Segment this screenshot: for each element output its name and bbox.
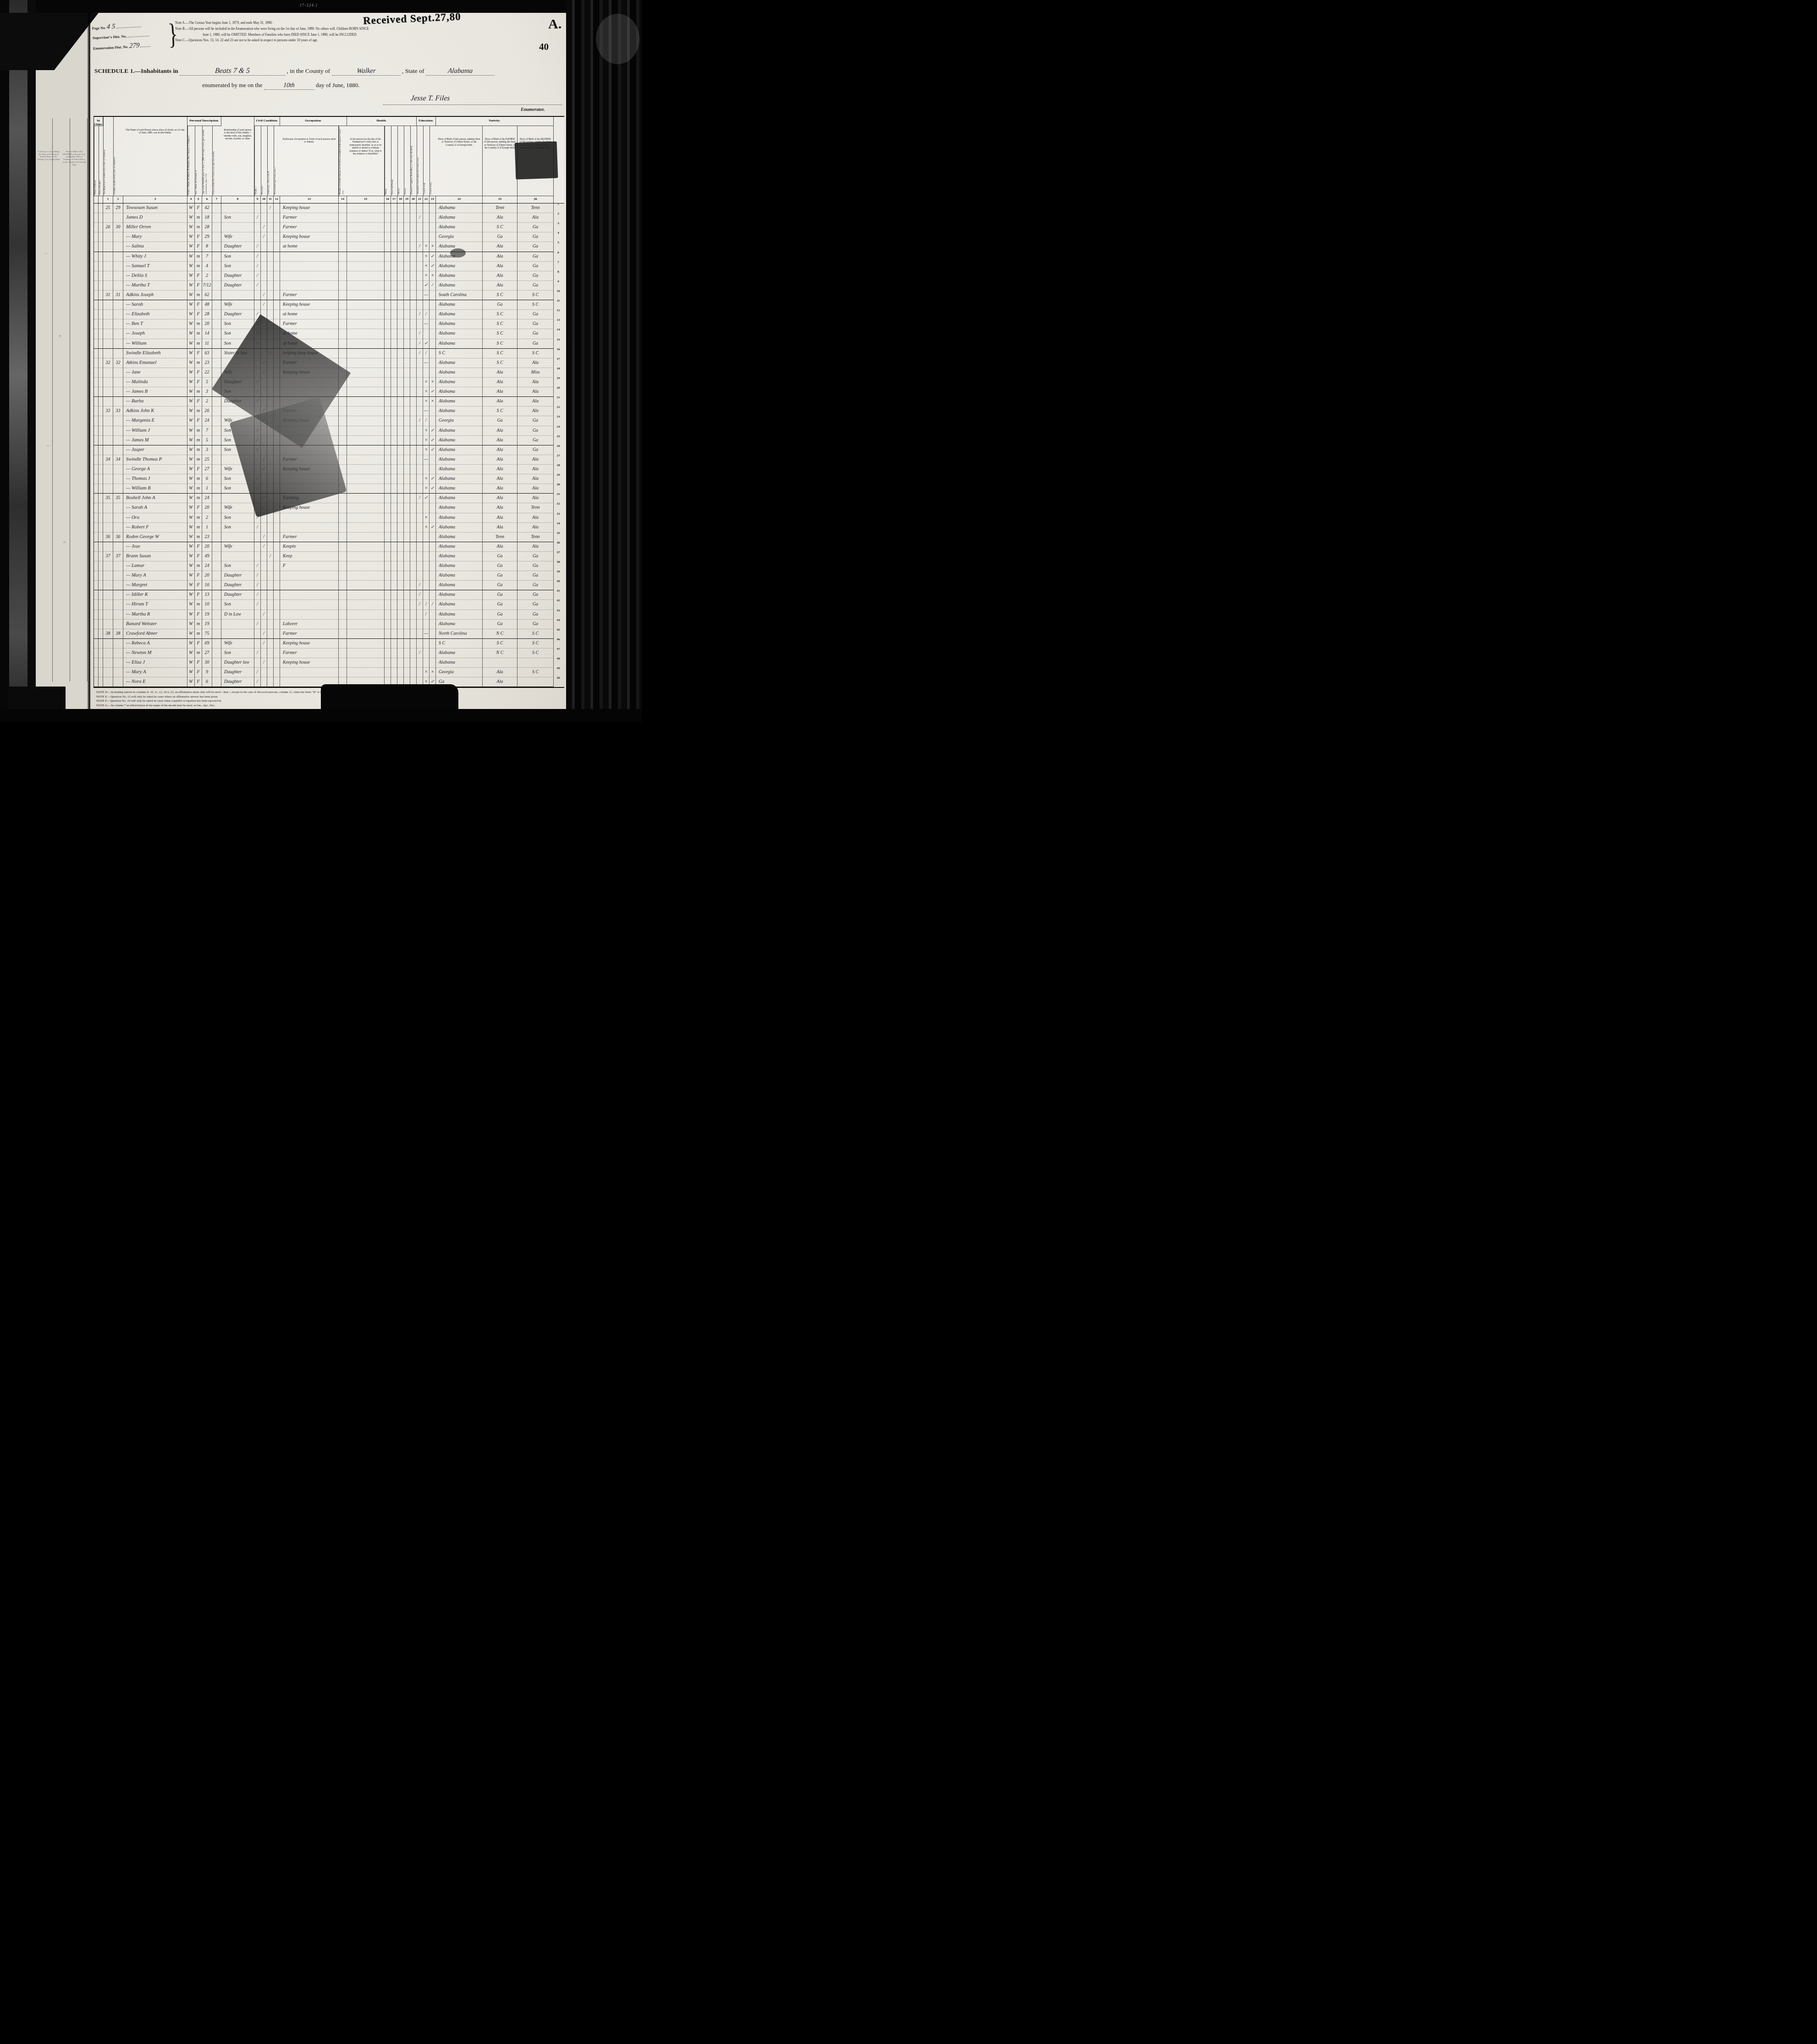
cell-pob: Alabama xyxy=(436,600,483,610)
col-header-maimed: Maimed, Crippled, Bedridden, or otherwis… xyxy=(410,126,417,196)
cell-rel xyxy=(221,533,254,542)
cell-street xyxy=(94,213,99,223)
cell-blind xyxy=(385,581,391,590)
cell-house xyxy=(99,658,103,668)
cell-school xyxy=(417,291,423,300)
cell-married_cy xyxy=(274,533,280,542)
cell-age: 27 xyxy=(202,465,212,474)
cell-street xyxy=(94,271,99,281)
cell-sick xyxy=(347,416,385,426)
line-number: 50 xyxy=(553,676,563,686)
cell-cannot_read: × xyxy=(423,262,429,271)
cell-cannot_read xyxy=(423,203,429,213)
cell-sick xyxy=(347,658,385,668)
cell-month xyxy=(212,387,221,397)
cell-widowed xyxy=(267,677,274,687)
cell-house xyxy=(99,262,103,271)
cell-widowed xyxy=(267,242,274,252)
cell-insane xyxy=(404,319,410,329)
cell-dwelling xyxy=(103,213,113,223)
cell-idiotic xyxy=(397,610,404,620)
cell-month xyxy=(212,494,221,503)
cell-unemployed xyxy=(339,378,347,387)
cell-sick xyxy=(347,620,385,629)
cell-sick xyxy=(347,339,385,349)
cell-house xyxy=(99,319,103,329)
cell-insane xyxy=(404,271,410,281)
cell-deaf xyxy=(391,668,397,677)
cell-married xyxy=(261,271,267,281)
cell-pob: Georgia xyxy=(436,416,483,426)
cell-family xyxy=(113,349,123,358)
cell-age: 23 xyxy=(202,533,212,542)
cell-school xyxy=(417,223,423,232)
cell-pob: Alabama xyxy=(436,281,483,291)
supervisor-label: Supervisor's Dist. No. xyxy=(93,34,127,40)
cell-sick xyxy=(347,629,385,639)
bottom-left-blob xyxy=(8,687,66,709)
line-number: 38 xyxy=(553,560,563,570)
cell-unemployed xyxy=(339,339,347,349)
cell-color: W xyxy=(187,581,195,590)
cell-school xyxy=(417,319,423,329)
cell-cannot_read: × xyxy=(423,523,429,533)
cell-street xyxy=(94,368,99,378)
cell-house xyxy=(99,397,103,407)
cell-married_cy xyxy=(274,407,280,416)
line-number: 3 xyxy=(553,221,563,231)
cell-cannot_write xyxy=(429,349,436,358)
cell-insane xyxy=(404,232,410,242)
cell-school: / xyxy=(417,648,423,658)
cell-rel: Son xyxy=(221,387,254,397)
cell-sick xyxy=(347,300,385,310)
cell-single xyxy=(254,455,261,465)
cell-occ: Laborer xyxy=(280,620,339,629)
cell-cannot_read: / xyxy=(423,600,429,610)
cell-color: W xyxy=(187,677,195,687)
col-number: 17 xyxy=(391,196,397,203)
cell-cannot_read xyxy=(423,223,429,232)
cell-street xyxy=(94,474,99,484)
col-number: 24 xyxy=(436,196,483,203)
cell-deaf xyxy=(391,300,397,310)
cell-married_cy xyxy=(274,610,280,620)
cell-married_cy xyxy=(274,474,280,484)
day-value: 10th xyxy=(283,82,295,89)
cell-deaf xyxy=(391,310,397,319)
cell-house xyxy=(99,523,103,533)
cell-name: — Hiram T xyxy=(123,600,187,610)
cell-rel xyxy=(221,552,254,561)
cell-married_cy xyxy=(274,378,280,387)
cell-name: Adkins Joseph xyxy=(123,291,187,300)
cell-widowed xyxy=(267,291,274,300)
cell-occ: F xyxy=(280,561,339,571)
col-number: 2 xyxy=(113,196,123,203)
cell-maimed xyxy=(410,620,417,629)
cell-cannot_write xyxy=(429,561,436,571)
cell-family xyxy=(113,242,123,252)
cell-married xyxy=(261,436,267,445)
cell-blind xyxy=(385,455,391,465)
cell-street xyxy=(94,523,99,533)
cell-blind xyxy=(385,648,391,658)
cell-insane xyxy=(404,445,410,455)
cell-sex: m xyxy=(195,213,202,223)
cell-maimed xyxy=(410,610,417,620)
cell-dwelling: 33 xyxy=(103,407,113,416)
cell-insane xyxy=(404,310,410,319)
cell-married xyxy=(261,349,267,358)
cell-pob_mother: Ala xyxy=(518,494,554,503)
cell-pob_father xyxy=(483,658,518,668)
cell-dwelling: 34 xyxy=(103,455,113,465)
cell-insane xyxy=(404,300,410,310)
cell-pob: Alabama xyxy=(436,426,483,436)
cell-pob_mother: Ala xyxy=(518,378,554,387)
col-header-idiotic: Idiotic, xyxy=(397,126,404,196)
note-a: Note A.—The Census Year begins June 1, 1… xyxy=(175,20,481,26)
cell-unemployed xyxy=(339,291,347,300)
cell-cannot_write: ✓ xyxy=(429,387,436,397)
cell-insane xyxy=(404,513,410,523)
cell-month xyxy=(212,203,221,213)
cell-unemployed xyxy=(339,513,347,523)
cell-married_cy xyxy=(274,358,280,368)
cell-idiotic xyxy=(397,445,404,455)
cell-color: W xyxy=(187,291,195,300)
cell-occ xyxy=(280,252,339,262)
cell-single: / xyxy=(254,271,261,281)
cell-rel: Wife xyxy=(221,300,254,310)
cell-deaf xyxy=(391,474,397,484)
cell-maimed xyxy=(410,561,417,571)
cell-month xyxy=(212,484,221,494)
cell-maimed xyxy=(410,677,417,687)
cell-married_cy xyxy=(274,416,280,426)
cell-street xyxy=(94,378,99,387)
cell-cannot_write xyxy=(429,319,436,329)
cell-family xyxy=(113,387,123,397)
cell-married xyxy=(261,213,267,223)
cell-rel: Son xyxy=(221,561,254,571)
cell-age: 11 xyxy=(202,339,212,349)
cell-dwelling xyxy=(103,300,113,310)
cell-school: / xyxy=(417,329,423,339)
cell-cannot_write: ✓ xyxy=(429,436,436,445)
cell-pob_father: Ala xyxy=(483,242,518,252)
cell-pob_mother: Ga xyxy=(518,445,554,455)
note-b-line2: June 1, 1880, will be OMITTED. Members o… xyxy=(175,32,481,38)
cell-pob_mother: Tenn xyxy=(518,533,554,542)
cell-widowed xyxy=(267,629,274,639)
cell-color: W xyxy=(187,658,195,668)
cell-pob_father: Ala xyxy=(483,213,518,223)
col-header-cannot_write: Cannot write, xyxy=(429,126,436,196)
cell-unemployed xyxy=(339,252,347,262)
cell-street xyxy=(94,648,99,658)
form-number: [7-224.] xyxy=(300,3,317,7)
cell-dwelling xyxy=(103,668,113,677)
cell-name: — William J xyxy=(123,426,187,436)
cell-dwelling xyxy=(103,513,113,523)
cell-married_cy xyxy=(274,339,280,349)
cell-pob_father: S C xyxy=(483,310,518,319)
cell-insane xyxy=(404,648,410,658)
cell-name: — Newton M xyxy=(123,648,187,658)
cell-widowed xyxy=(267,262,274,271)
cell-name: Roden George W xyxy=(123,533,187,542)
cell-rel xyxy=(221,455,254,465)
cell-blind xyxy=(385,610,391,620)
cell-age: 42 xyxy=(202,203,212,213)
cell-age: 23 xyxy=(202,358,212,368)
cell-sick xyxy=(347,523,385,533)
cell-sex: F xyxy=(195,416,202,426)
cell-color: W xyxy=(187,407,195,416)
cell-cannot_read: × xyxy=(423,387,429,397)
cell-sex: m xyxy=(195,513,202,523)
cell-married_cy xyxy=(274,648,280,658)
cell-dwelling xyxy=(103,232,113,242)
cell-cannot_write: ✓ xyxy=(429,445,436,455)
cell-color: W xyxy=(187,416,195,426)
cell-color: W xyxy=(187,426,195,436)
cell-month xyxy=(212,213,221,223)
cell-cannot_read xyxy=(423,590,429,600)
cell-sex: F xyxy=(195,571,202,581)
cell-unemployed xyxy=(339,658,347,668)
cell-maimed xyxy=(410,581,417,590)
cell-color: W xyxy=(187,513,195,523)
cell-married xyxy=(261,677,267,687)
cell-school xyxy=(417,533,423,542)
cell-family xyxy=(113,474,123,484)
cell-married xyxy=(261,513,267,523)
group-header-personal: Personal Description. xyxy=(187,117,221,126)
cell-color: W xyxy=(187,620,195,629)
cell-widowed xyxy=(267,455,274,465)
schedule-title: SCHEDULE 1.—Inhabitants in xyxy=(94,67,178,74)
cell-maimed xyxy=(410,213,417,223)
cell-widowed xyxy=(267,300,274,310)
cell-married_cy xyxy=(274,368,280,378)
col-number: 16 xyxy=(385,196,391,203)
line-number: 16 xyxy=(553,347,563,357)
cell-married: / xyxy=(261,533,267,542)
cell-pob_mother: Ga xyxy=(518,319,554,329)
cell-street xyxy=(94,484,99,494)
cell-blind xyxy=(385,368,391,378)
line-number: 41 xyxy=(553,589,563,599)
col-header-married_cy: Married during Census year, /. xyxy=(274,126,280,196)
cell-maimed xyxy=(410,319,417,329)
cell-unemployed xyxy=(339,474,347,484)
col-number: 14 xyxy=(339,196,347,203)
cell-family xyxy=(113,416,123,426)
cell-color: W xyxy=(187,600,195,610)
cell-pob: Ga xyxy=(436,677,483,687)
col-number: 8 xyxy=(221,196,254,203)
cell-month xyxy=(212,571,221,581)
cell-unemployed xyxy=(339,329,347,339)
cell-sick xyxy=(347,387,385,397)
cell-married_cy xyxy=(274,581,280,590)
cell-sex: m xyxy=(195,436,202,445)
cell-single xyxy=(254,368,261,378)
cell-age: 6 xyxy=(202,474,212,484)
cell-insane xyxy=(404,668,410,677)
cell-name: — Thomas J xyxy=(123,474,187,484)
cell-idiotic xyxy=(397,620,404,629)
cell-rel: Daughter xyxy=(221,281,254,291)
cell-sex: F xyxy=(195,300,202,310)
cell-idiotic xyxy=(397,368,404,378)
cell-maimed xyxy=(410,436,417,445)
cell-age: 49 xyxy=(202,552,212,561)
cell-married_cy xyxy=(274,455,280,465)
cell-single xyxy=(254,610,261,620)
cell-month xyxy=(212,358,221,368)
col-header-sex: Sex—Male, M; Female, F. xyxy=(195,126,202,196)
cell-family: 30 xyxy=(113,223,123,232)
footer-note-g: NOTE G.—In column 7 an abbreviation in t… xyxy=(96,703,523,708)
cell-cannot_write xyxy=(429,223,436,232)
cell-color: W xyxy=(187,242,195,252)
cell-cannot_write xyxy=(429,232,436,242)
cell-pob: Alabama xyxy=(436,494,483,503)
cell-school xyxy=(417,271,423,281)
cell-family xyxy=(113,503,123,513)
cell-married_cy xyxy=(274,262,280,271)
cell-married: / xyxy=(261,629,267,639)
cell-maimed xyxy=(410,397,417,407)
cell-color: W xyxy=(187,455,195,465)
cell-dwelling xyxy=(103,542,113,552)
cell-idiotic xyxy=(397,242,404,252)
cell-cannot_write xyxy=(429,658,436,668)
cell-cannot_read xyxy=(423,561,429,571)
cell-married: / xyxy=(261,503,267,513)
sliver-header-fragment: h of the per- son, naming the State or T… xyxy=(37,150,61,161)
cell-pob_father: S C xyxy=(483,329,518,339)
cell-married xyxy=(261,397,267,407)
page-number-stamp: 40 xyxy=(539,41,549,53)
cell-rel: Sister in law xyxy=(221,349,254,358)
cell-married_cy xyxy=(274,465,280,474)
cell-sick xyxy=(347,252,385,262)
line-number: 6 xyxy=(553,251,563,260)
cell-month xyxy=(212,600,221,610)
line-number: 11 xyxy=(553,299,563,308)
col-header-family: Families numbered in order of visitation… xyxy=(113,117,123,196)
cell-name: Swindle Thomas P xyxy=(123,455,187,465)
cell-street xyxy=(94,513,99,523)
film-left-gap xyxy=(28,0,36,722)
cell-name: Miller Orren xyxy=(123,223,187,232)
footer-note-e: NOTE E.—Question No. 12 will only be ask… xyxy=(96,695,523,699)
line-number: 36 xyxy=(553,541,563,550)
cell-pob: Alabama xyxy=(436,358,483,368)
cell-dwelling xyxy=(103,387,113,397)
cell-pob_mother: Ala xyxy=(518,387,554,397)
cell-unemployed xyxy=(339,620,347,629)
supervisor-row: Supervisor's Dist. No. xyxy=(93,32,173,40)
cell-house xyxy=(99,503,103,513)
cell-name: — Rebeca A xyxy=(123,639,187,648)
cell-sick xyxy=(347,561,385,571)
cell-married_cy xyxy=(274,397,280,407)
cell-school xyxy=(417,639,423,648)
cell-family: 32 xyxy=(113,358,123,368)
cell-pob_mother: Ga xyxy=(518,561,554,571)
cell-widowed xyxy=(267,397,274,407)
col-number: 1 xyxy=(103,196,113,203)
cell-married: / xyxy=(261,291,267,300)
cell-deaf xyxy=(391,329,397,339)
sliver-rule xyxy=(52,118,53,681)
cell-street xyxy=(94,590,99,600)
cell-name: — Robert F xyxy=(123,523,187,533)
cell-month xyxy=(212,329,221,339)
cell-widowed xyxy=(267,668,274,677)
cell-school xyxy=(417,658,423,668)
cell-insane xyxy=(404,387,410,397)
cell-cannot_write xyxy=(429,465,436,474)
cell-occ xyxy=(280,610,339,620)
group-header-health: Health. xyxy=(347,117,417,126)
page-no-row: Page No. 4 5 xyxy=(92,20,172,32)
cell-cannot_read: / xyxy=(423,349,429,358)
cell-married: / xyxy=(261,658,267,668)
cell-pob: S C xyxy=(436,639,483,648)
cell-house xyxy=(99,242,103,252)
cell-family: 31 xyxy=(113,291,123,300)
cell-occ xyxy=(280,677,339,687)
cell-pob: Alabama xyxy=(436,648,483,658)
cell-sick xyxy=(347,600,385,610)
cell-street xyxy=(94,436,99,445)
cell-school xyxy=(417,281,423,291)
cell-blind xyxy=(385,339,391,349)
cell-school xyxy=(417,503,423,513)
cell-unemployed xyxy=(339,533,347,542)
cell-married: / xyxy=(261,455,267,465)
cell-pob_father: S C xyxy=(483,291,518,300)
cell-family xyxy=(113,620,123,629)
cell-rel: Wife xyxy=(221,368,254,378)
cell-maimed xyxy=(410,349,417,358)
cell-widowed xyxy=(267,319,274,329)
cell-widowed xyxy=(267,620,274,629)
cell-idiotic xyxy=(397,300,404,310)
cell-dwelling xyxy=(103,368,113,378)
cell-family xyxy=(113,252,123,262)
cell-name: — James M xyxy=(123,436,187,445)
cell-insane xyxy=(404,291,410,300)
cell-house xyxy=(99,542,103,552)
cell-maimed xyxy=(410,329,417,339)
cell-sex: m xyxy=(195,223,202,232)
col-header-age: Age at last birthday prior to June 1, 18… xyxy=(202,126,212,196)
cell-color: W xyxy=(187,610,195,620)
cell-house xyxy=(99,561,103,571)
cell-pob: Alabama xyxy=(436,571,483,581)
cell-school xyxy=(417,513,423,523)
cell-blind xyxy=(385,310,391,319)
col-header-pob_father: Place of Birth of the FATHER of this per… xyxy=(483,126,518,196)
